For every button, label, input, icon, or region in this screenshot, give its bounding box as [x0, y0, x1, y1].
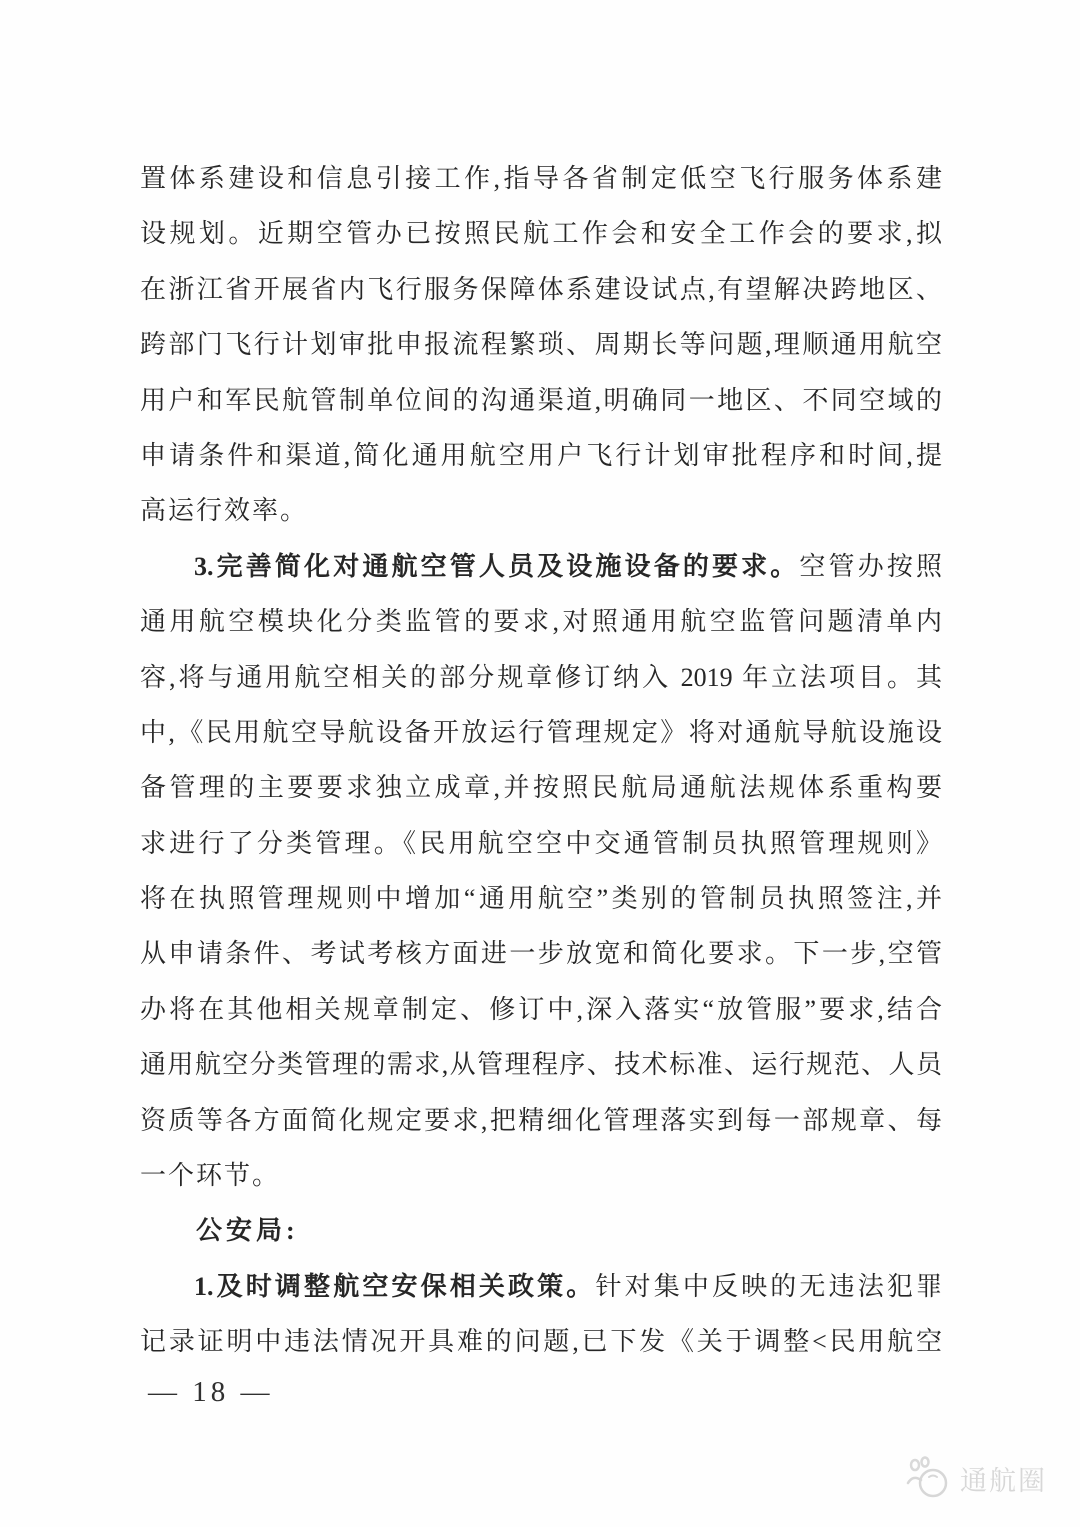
- text-line: 求进行了分类管理。《民用航空空中交通管制员执照管理规则》: [140, 816, 942, 871]
- text-line: 容,将与通用航空相关的部分规章修订纳入 2019 年立法项目。其: [140, 650, 942, 705]
- helicopter-logo-icon: [903, 1456, 955, 1500]
- body-text: 在浙江省开展省内飞行服务保障体系建设试点,有望解决跨地区、: [140, 275, 942, 304]
- lead-in-sentence: 1.及时调整航空安保相关政策。: [194, 1272, 595, 1301]
- text-line: 一个环节。: [140, 1148, 942, 1203]
- body-text: 备管理的主要要求独立成章,并按照民航局通航法规体系重构要: [140, 773, 942, 802]
- body-text: 办将在其他相关规章制定、修订中,深入落实“放管服”要求,结合: [140, 995, 942, 1024]
- body-text: 高运行效率。: [140, 496, 308, 525]
- text-line: 申请条件和渠道,简化通用航空用户飞行计划审批程序和时间,提: [140, 428, 942, 483]
- text-line: 中,《民用航空导航设备开放运行管理规定》将对通航导航设施设: [140, 705, 942, 760]
- text-line: 通用航空分类管理的需求,从管理程序、技术标准、运行规范、人员: [140, 1037, 942, 1092]
- body-text: 资质等各方面简化规定要求,把精细化管理落实到每一部规章、每: [140, 1106, 942, 1135]
- text-line: 设规划。近期空管办已按照民航工作会和安全工作会的要求,拟: [140, 206, 942, 261]
- body-text: 通用航空模块化分类监管的要求,对照通用航空监管问题清单内: [140, 607, 942, 636]
- text-line: 置体系建设和信息引接工作,指导各省制定低空飞行服务体系建: [140, 151, 942, 206]
- text-line: 通用航空模块化分类监管的要求,对照通用航空监管问题清单内: [140, 594, 942, 649]
- body-text: 针对集中反映的无违法犯罪: [595, 1272, 942, 1301]
- text-line: 记录证明中违法情况开具难的问题,已下发《关于调整<民用航空: [140, 1314, 942, 1369]
- body-text: 用户和军民航管制单位间的沟通渠道,明确同一地区、不同空域的: [140, 386, 942, 415]
- text-line: 办将在其他相关规章制定、修订中,深入落实“放管服”要求,结合: [140, 982, 942, 1037]
- body-text: 将在执照管理规则中增加“通用航空”类别的管制员执照签注,并: [140, 884, 942, 913]
- text-line: 高运行效率。: [140, 483, 942, 538]
- text-line: 1.及时调整航空安保相关政策。针对集中反映的无违法犯罪: [140, 1259, 942, 1314]
- body-text: 空管办按照: [799, 552, 942, 581]
- body-text: 置体系建设和信息引接工作,指导各省制定低空飞行服务体系建: [140, 164, 942, 193]
- body-text: 容,将与通用航空相关的部分规章修订纳入 2019 年立法项目。其: [140, 663, 942, 692]
- body-text: 公安局:: [196, 1216, 299, 1245]
- text-line: 用户和军民航管制单位间的沟通渠道,明确同一地区、不同空域的: [140, 373, 942, 428]
- text-line: 公安局:: [140, 1203, 942, 1258]
- document-page: 置体系建设和信息引接工作,指导各省制定低空飞行服务体系建设规划。近期空管办已按照…: [0, 0, 1080, 1527]
- text-line: 备管理的主要要求独立成章,并按照民航局通航法规体系重构要: [140, 760, 942, 815]
- body-text: 从申请条件、考试考核方面进一步放宽和简化要求。下一步,空管: [140, 939, 942, 968]
- watermark: 通航圈: [903, 1456, 1047, 1500]
- body-text: 跨部门飞行计划审批申报流程繁琐、周期长等问题,理顺通用航空: [140, 330, 942, 359]
- text-line: 从申请条件、考试考核方面进一步放宽和简化要求。下一步,空管: [140, 926, 942, 981]
- page-number: — 18 —: [148, 1376, 274, 1409]
- body-text: 一个环节。: [140, 1161, 280, 1190]
- text-line: 跨部门飞行计划审批申报流程繁琐、周期长等问题,理顺通用航空: [140, 317, 942, 372]
- lead-in-sentence: 3.完善简化对通航空管人员及设施设备的要求。: [194, 552, 799, 581]
- text-line: 在浙江省开展省内飞行服务保障体系建设试点,有望解决跨地区、: [140, 262, 942, 317]
- body-text: 设规划。近期空管办已按照民航工作会和安全工作会的要求,拟: [140, 219, 942, 248]
- watermark-label: 通航圈: [960, 1459, 1047, 1498]
- document-body: 置体系建设和信息引接工作,指导各省制定低空飞行服务体系建设规划。近期空管办已按照…: [140, 151, 942, 1370]
- text-line: 资质等各方面简化规定要求,把精细化管理落实到每一部规章、每: [140, 1093, 942, 1148]
- body-text: 申请条件和渠道,简化通用航空用户飞行计划审批程序和时间,提: [140, 441, 942, 470]
- body-text: 中,《民用航空导航设备开放运行管理规定》将对通航导航设施设: [140, 718, 942, 747]
- text-line: 将在执照管理规则中增加“通用航空”类别的管制员执照签注,并: [140, 871, 942, 926]
- text-line: 3.完善简化对通航空管人员及设施设备的要求。空管办按照: [140, 539, 942, 594]
- body-text: 求进行了分类管理。《民用航空空中交通管制员执照管理规则》: [140, 829, 942, 858]
- body-text: 记录证明中违法情况开具难的问题,已下发《关于调整<民用航空: [140, 1327, 942, 1356]
- body-text: 通用航空分类管理的需求,从管理程序、技术标准、运行规范、人员: [140, 1050, 942, 1079]
